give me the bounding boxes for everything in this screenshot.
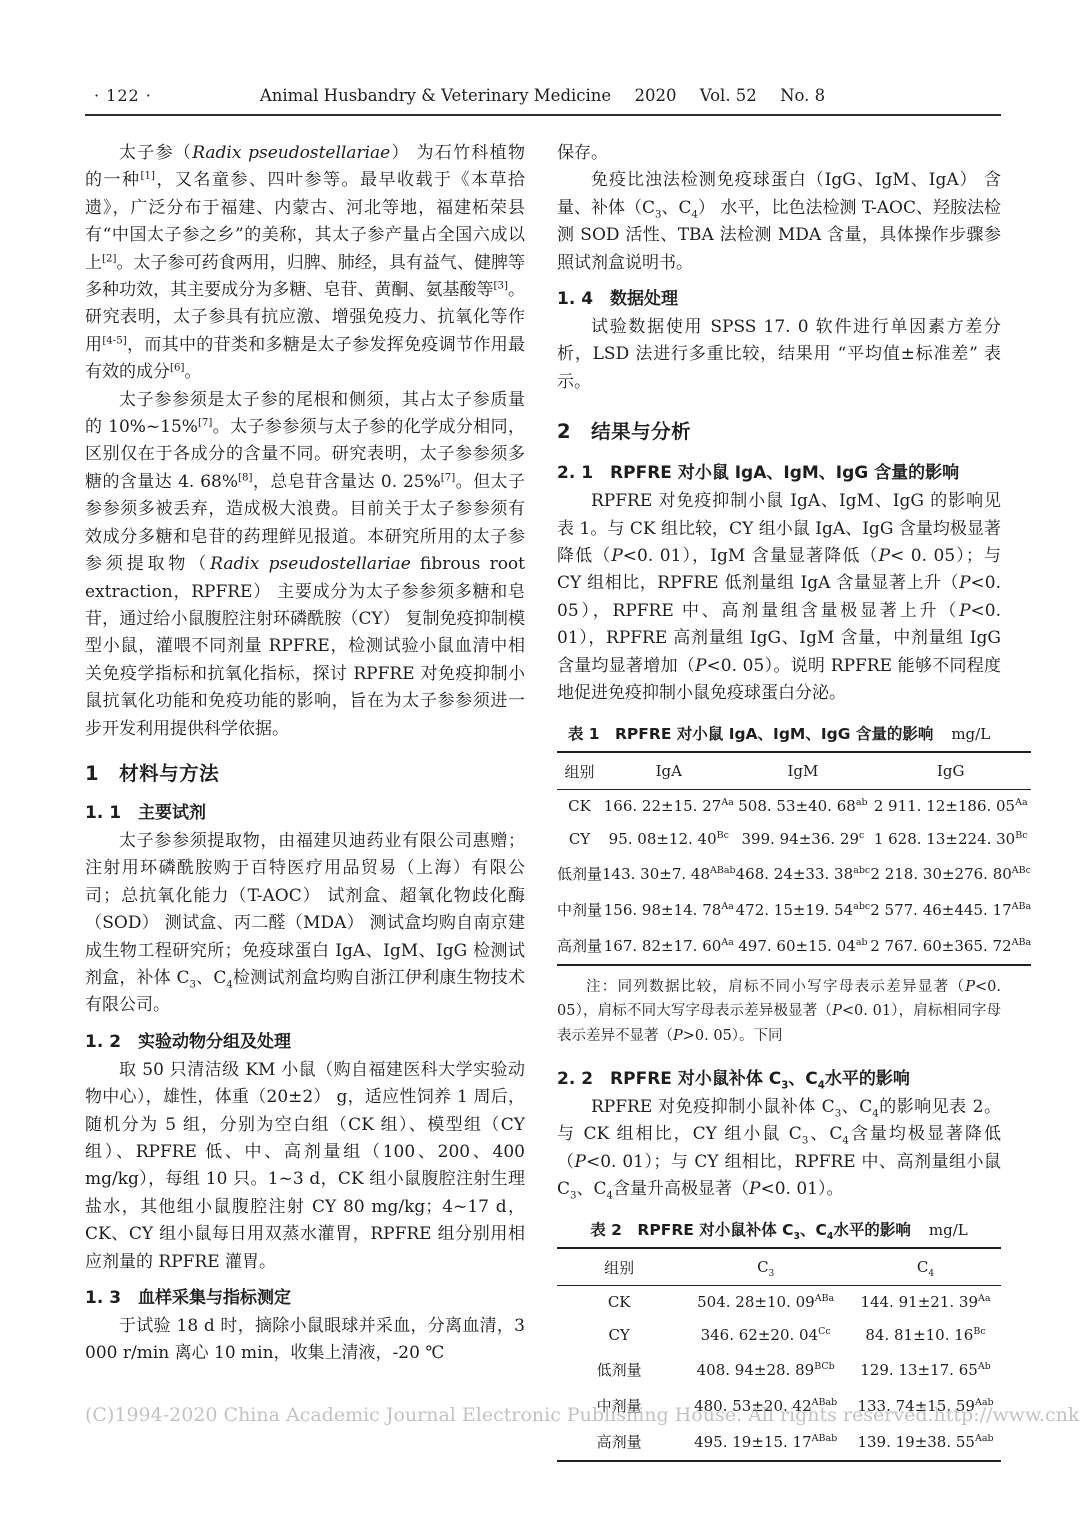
table2-col-c4: C4 <box>850 1248 1001 1286</box>
table2-row-low: 低剂量 408. 94±28. 89BCb 129. 13±17. 65Ab <box>557 1352 1001 1388</box>
paragraph-complement-results: RPFRE 对免疫抑制小鼠补体 C3、C4的影响见表 2。与 CK 组相比，CY… <box>557 1094 1001 1204</box>
paragraph-storage-continuation: 保存。 <box>557 140 1001 167</box>
table1-block: 表 1 RPFRE 对小鼠 IgA、IgM、IgG 含量的影响 mg/L 组别 … <box>557 722 1001 1049</box>
table-cell: CY <box>557 1319 681 1352</box>
table2: 组别 C3 C4 CK 504. 28±10. 09ABa 144. 91±21… <box>557 1247 1001 1462</box>
table-cell: 低剂量 <box>557 1352 681 1388</box>
table-cell: 1 628. 13±224. 30Bc <box>870 823 1031 856</box>
table-cell: CK <box>557 789 602 823</box>
table-cell: CK <box>557 1285 681 1319</box>
table-cell: 139. 19±38. 55Aab <box>850 1424 1001 1461</box>
paragraph-reagents: 太子参参须提取物，由福建贝迪药业有限公司惠赠；注射用环磷酰胺购于百特医疗用品贸易… <box>85 828 525 1020</box>
table1-col-iga: IgA <box>602 752 736 790</box>
table1-unit: mg/L <box>951 725 990 743</box>
table2-block: 表 2 RPFRE 对小鼠补体 C3、C4水平的影响 mg/L 组别 C3 C4… <box>557 1218 1001 1462</box>
journal-header: Animal Husbandry & Veterinary Medicine 2… <box>85 86 1000 105</box>
table1-col-igm: IgM <box>736 752 871 790</box>
paragraph-immunoglobulin-results: RPFRE 对免疫抑制小鼠 IgA、IgM、IgG 的影响见表 1。与 CK 组… <box>557 488 1001 707</box>
paragraph-data-processing: 试验数据使用 SPSS 17. 0 软件进行单因素方差分析，LSD 法进行多重比… <box>557 314 1001 396</box>
column-right: 保存。 免疫比浊法检测免疫球蛋白（IgG、IgM、IgA） 含量、补体（C3、C… <box>557 140 1001 1462</box>
table2-header-row: 组别 C3 C4 <box>557 1248 1001 1286</box>
table-cell: 129. 13±17. 65Ab <box>850 1352 1001 1388</box>
table2-row-mid: 中剂量 480. 53±20. 42ABab 133. 74±15. 59Aab <box>557 1388 1001 1424</box>
section-heading-results: 2 结果与分析 <box>557 416 1001 444</box>
table2-title: 表 2 RPFRE 对小鼠补体 C3、C4水平的影响 <box>590 1218 911 1240</box>
table-cell: 133. 74±15. 59Aab <box>850 1388 1001 1424</box>
table-cell: 399. 94±36. 29c <box>736 823 871 856</box>
table-cell: 408. 94±28. 89BCb <box>681 1352 850 1388</box>
table-cell: 497. 60±15. 04ab <box>736 928 871 965</box>
table-cell: 156. 98±14. 78Aa <box>602 892 736 928</box>
table-cell: 468. 24±33. 38abc <box>736 856 871 892</box>
table-cell: 167. 82±17. 60Aa <box>602 928 736 965</box>
column-left: 太子参（Radix pseudostellariae） 为石竹科植物的一种[1]… <box>85 140 525 1368</box>
table-cell: 2 218. 30±276. 80ABc <box>870 856 1031 892</box>
table2-row-ck: CK 504. 28±10. 09ABa 144. 91±21. 39Aa <box>557 1285 1001 1319</box>
table-cell: 2 577. 46±445. 17ABa <box>870 892 1031 928</box>
table-cell: 高剂量 <box>557 1424 681 1461</box>
table1-titleline: 表 1 RPFRE 对小鼠 IgA、IgM、IgG 含量的影响 mg/L <box>557 722 1001 744</box>
table-cell: 中剂量 <box>557 892 602 928</box>
table1-row-low: 低剂量 143. 30±7. 48ABab 468. 24±33. 38abc … <box>557 856 1031 892</box>
subsection-heading-data-processing: 1. 4 数据处理 <box>557 284 1001 309</box>
table1-row-cy: CY 95. 08±12. 40Bc 399. 94±36. 29c 1 628… <box>557 823 1031 856</box>
table-cell: 480. 53±20. 42ABab <box>681 1388 850 1424</box>
table1: 组别 IgA IgM IgG CK 166. 22±15. 27Aa 508. … <box>557 751 1031 966</box>
table2-col-group: 组别 <box>557 1248 681 1286</box>
table-cell: 166. 22±15. 27Aa <box>602 789 736 823</box>
subsection-heading-complement: 2. 2 RPFRE 对小鼠补体 C3、C4水平的影响 <box>557 1064 1001 1089</box>
table-cell: 472. 15±19. 54abc <box>736 892 871 928</box>
journal-volume: Vol. 52 <box>700 86 757 105</box>
table-cell: 508. 53±40. 68ab <box>736 789 871 823</box>
section-heading-materials: 1 材料与方法 <box>85 758 525 786</box>
table2-unit: mg/L <box>929 1221 968 1239</box>
paragraph-intro: 太子参（Radix pseudostellariae） 为石竹科植物的一种[1]… <box>85 140 525 387</box>
table2-titleline: 表 2 RPFRE 对小鼠补体 C3、C4水平的影响 mg/L <box>557 1218 1001 1240</box>
table-cell: 95. 08±12. 40Bc <box>602 823 736 856</box>
table1-col-igg: IgG <box>870 752 1031 790</box>
table-cell: CY <box>557 823 602 856</box>
subsection-heading-reagents: 1. 1 主要试剂 <box>85 798 525 823</box>
table1-row-ck: CK 166. 22±15. 27Aa 508. 53±40. 68ab 2 9… <box>557 789 1031 823</box>
journal-year: 2020 <box>634 86 676 105</box>
subsection-heading-animals: 1. 2 实验动物分组及处理 <box>85 1027 525 1052</box>
table-cell: 中剂量 <box>557 1388 681 1424</box>
table2-col-c3: C3 <box>681 1248 850 1286</box>
table1-note: 注：同列数据比较，肩标不同小写字母表示差异显著（P<0. 05），肩标不同大写字… <box>557 975 1001 1049</box>
paragraph-assay-methods: 免疫比浊法检测免疫球蛋白（IgG、IgM、IgA） 含量、补体（C3、C4） 水… <box>557 167 1001 277</box>
table-cell: 143. 30±7. 48ABab <box>602 856 736 892</box>
table1-row-mid: 中剂量 156. 98±14. 78Aa 472. 15±19. 54abc 2… <box>557 892 1031 928</box>
table1-title: 表 1 RPFRE 对小鼠 IgA、IgM、IgG 含量的影响 <box>568 722 934 744</box>
paper-page: · 122 · Animal Husbandry & Veterinary Me… <box>0 0 1080 1527</box>
paragraph-blood-sampling: 于试验 18 d 时，摘除小鼠眼球并采血，分离血清，3 000 r/min 离心… <box>85 1313 525 1368</box>
table-cell: 504. 28±10. 09ABa <box>681 1285 850 1319</box>
journal-name: Animal Husbandry & Veterinary Medicine <box>260 86 611 105</box>
table-cell: 2 911. 12±186. 05Aa <box>870 789 1031 823</box>
table2-row-high: 高剂量 495. 19±15. 17ABab 139. 19±38. 55Aab <box>557 1424 1001 1461</box>
table-cell: 144. 91±21. 39Aa <box>850 1285 1001 1319</box>
table2-row-cy: CY 346. 62±20. 04Cc 84. 81±10. 16Bc <box>557 1319 1001 1352</box>
table1-header-row: 组别 IgA IgM IgG <box>557 752 1031 790</box>
table-cell: 高剂量 <box>557 928 602 965</box>
table-cell: 84. 81±10. 16Bc <box>850 1319 1001 1352</box>
table1-col-group: 组别 <box>557 752 602 790</box>
table-cell: 495. 19±15. 17ABab <box>681 1424 850 1461</box>
table1-row-high: 高剂量 167. 82±17. 60Aa 497. 60±15. 04ab 2 … <box>557 928 1031 965</box>
paragraph-animals: 取 50 只清洁级 KM 小鼠（购自福建医科大学实验动物中心），雄性，体重（20… <box>85 1057 525 1276</box>
table-cell: 346. 62±20. 04Cc <box>681 1319 850 1352</box>
journal-issue: No. 8 <box>780 86 825 105</box>
subsection-heading-immunoglobulin: 2. 1 RPFRE 对小鼠 IgA、IgM、IgG 含量的影响 <box>557 458 1001 483</box>
table-cell: 低剂量 <box>557 856 602 892</box>
table-cell: 2 767. 60±365. 72ABa <box>870 928 1031 965</box>
header-rule <box>85 114 1001 116</box>
subsection-heading-blood-sampling: 1. 3 血样采集与指标测定 <box>85 1283 525 1308</box>
paragraph-fibrous-root: 太子参参须是太子参的尾根和侧须，其占太子参质量的 10%~15%[7]。太子参参… <box>85 387 525 743</box>
